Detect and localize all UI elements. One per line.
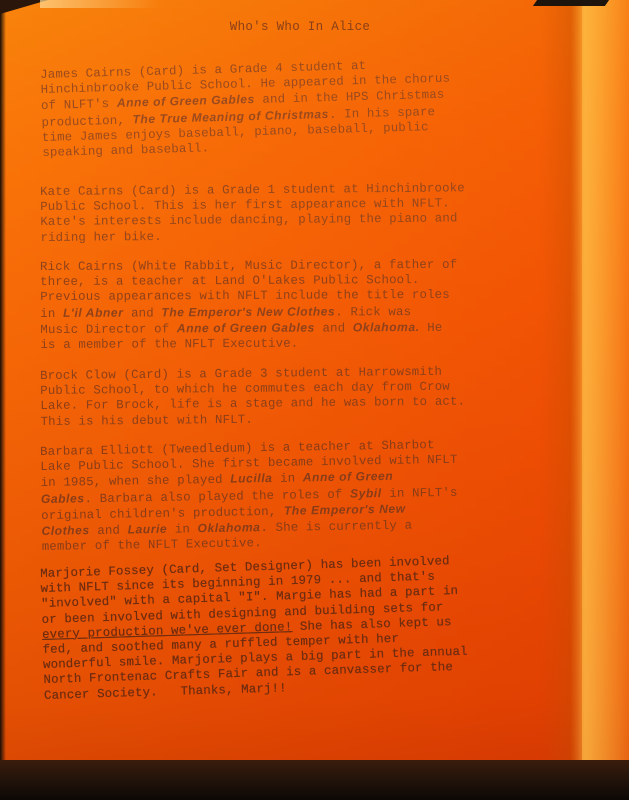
text-run: . Rick was [335,305,411,319]
page-title: Who's Who In Alice [0,20,600,34]
bio-james-cairns: James Cairns (Card) is a Grade 4 student… [40,53,562,161]
italic-title: The Emperor's New [284,501,406,517]
text-run: This is his debut with NFLT. [40,412,253,428]
text-run: Music Director of [40,322,177,337]
italic-title: Clothes [41,523,89,538]
italic-title: The Emperor's New Clothes [161,304,335,319]
italic-title: Oklahoma [197,520,260,535]
text-run: of NLFT's [41,97,117,113]
text-run: and [123,306,161,320]
italic-title: Gables [41,491,85,506]
bio-line: is a member of the NFLT Executive. [40,335,560,353]
text-run: in [40,306,63,320]
text-run: member of the NFLT Executive. [42,536,262,554]
text-run: in NFLT's [382,485,458,500]
table-surface-bottom [0,760,629,800]
text-run: Kate's interests include dancing, playin… [40,212,457,230]
text-run: and [315,321,353,335]
page-left-shadow [0,0,6,800]
text-run: in 1985, when she played [41,473,231,490]
italic-title: Laurie [128,522,168,537]
bio-kate-cairns: Kate Cairns (Card) is a Grade 1 student … [40,180,561,245]
text-run: in [272,472,303,487]
text-run: . In his spare [329,105,436,122]
italic-title: Sybil [350,486,382,501]
text-run: riding her bike. [40,230,161,245]
text-run: Rick Cairns (White Rabbit, Music Directo… [40,258,457,274]
text-run: production, [41,113,132,130]
text-run: Previous appearances with NFLT include t… [40,288,450,304]
bio-brock-clow: Brock Clow (Card) is a Grade 3 student a… [40,364,561,430]
text-run: He [420,321,443,335]
italic-title: Lucilla [230,471,272,486]
top-left-highlight [40,0,160,8]
italic-title: Oklahoma. [353,320,420,334]
text-run: . She is currently a [260,519,412,536]
italic-title: L'il Abner [63,305,123,319]
text-run: three, is a teacher at Land O'Lakes Publ… [40,273,419,289]
bio-barbara-elliott: Barbara Elliott (Tweedledum) is a teache… [40,436,562,555]
text-run: in [167,522,198,537]
top-right-dark-corner [533,0,609,6]
bio-rick-cairns: Rick Cairns (White Rabbit, Music Directo… [40,257,560,353]
text-run: and [90,523,128,538]
text-run: is a member of the NFLT Executive. [40,337,298,352]
bio-marjorie-fossey: Marjorie Fossey (Card, Set Designer) has… [40,551,564,704]
italic-title: Anne of Green Gables [177,320,315,335]
italic-title: Anne of Green [303,469,394,485]
italic-title: Anne of Green Gables [117,92,255,110]
